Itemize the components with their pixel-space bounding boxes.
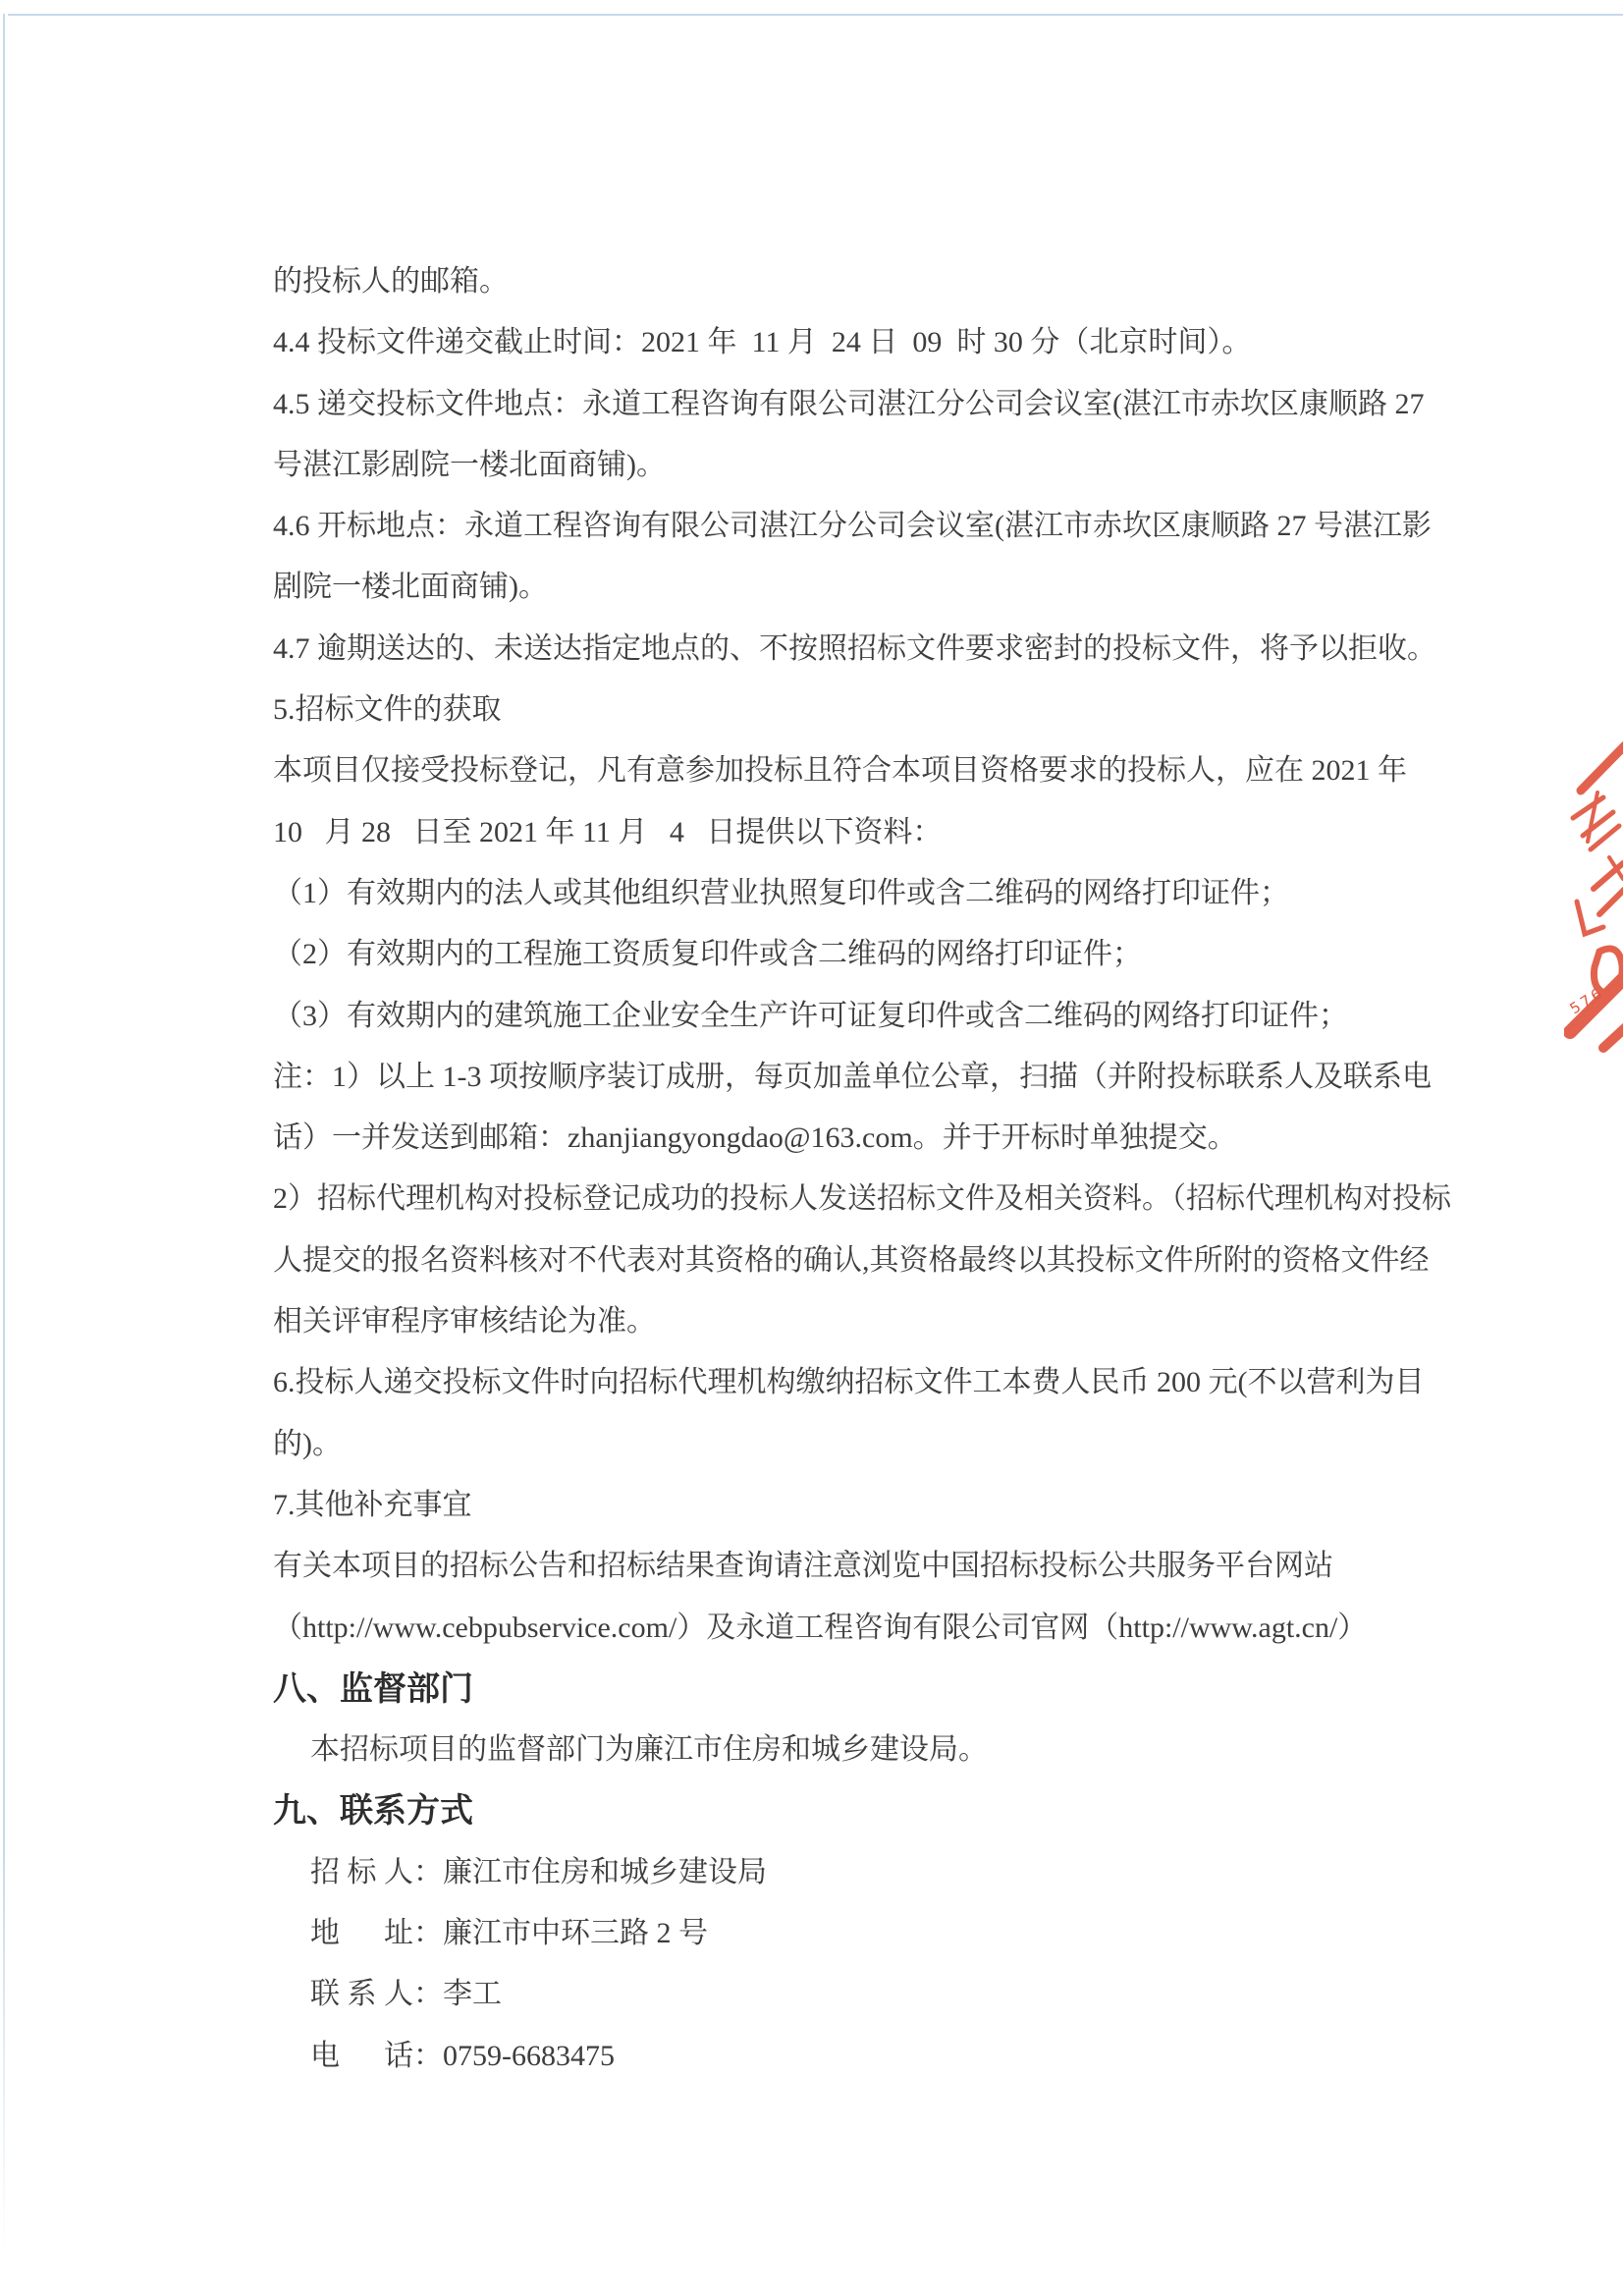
text-line: 的投标人的邮箱。	[273, 251, 1443, 312]
text-line: 7.其他补充事宜	[273, 1475, 1443, 1536]
text-line: 注：1）以上 1-3 项按顺序装订成册，每页加盖单位公章，扫描（并附投标联系人及…	[273, 1047, 1443, 1108]
text-line: 6.投标人递交投标文件时向招标代理机构缴纳招标文件工本费人民币 200 元(不以…	[273, 1352, 1443, 1413]
text-line: 的)。	[273, 1414, 1443, 1475]
scan-border-left	[3, 14, 5, 2253]
text-line: 本项目仅接受投标登记，凡有意参加投标且符合本项目资格要求的投标人，应在 2021…	[273, 740, 1443, 801]
section-heading: 八、监督部门	[273, 1659, 1443, 1720]
text-line: （3）有效期内的建筑施工企业安全生产许可证复印件或含二维码的网络打印证件；	[273, 986, 1443, 1047]
text-line: 2）招标代理机构对投标登记成功的投标人发送招标文件及相关资料。（招标代理机构对投…	[273, 1169, 1443, 1230]
text-line: （2）有效期内的工程施工资质复印件或含二维码的网络打印证件；	[273, 924, 1443, 985]
section-heading: 九、联系方式	[273, 1780, 1443, 1841]
text-line: 4.4 投标文件递交截止时间：2021 年 11 月 24 日 09 时 30 …	[273, 312, 1443, 373]
text-line: 人提交的报名资料核对不代表对其资格的确认,其资格最终以其投标文件所附的资格文件经	[273, 1230, 1443, 1291]
text-line: 4.7 逾期送达的、未送达指定地点的、不按照招标文件要求密封的投标文件，将予以拒…	[273, 619, 1443, 680]
text-line: （1）有效期内的法人或其他组织营业执照复印件或含二维码的网络打印证件；	[273, 863, 1443, 924]
text-line: 地 址：廉江市中环三路 2 号	[273, 1903, 1443, 1964]
red-stamp-fragment-icon: 576	[1564, 741, 1623, 1075]
text-line: 联 系 人：李工	[273, 1964, 1443, 2025]
scan-border-top	[8, 14, 1623, 16]
text-line: 4.6 开标地点：永道工程咨询有限公司湛江分公司会议室(湛江市赤坎区康顺路 27…	[273, 496, 1443, 557]
text-line: 5.招标文件的获取	[273, 680, 1443, 740]
text-line: 10 月 28 日至 2021 年 11 月 4 日提供以下资料：	[273, 802, 1443, 863]
document-lines: 的投标人的邮箱。4.4 投标文件递交截止时间：2021 年 11 月 24 日 …	[273, 251, 1443, 2087]
text-line: （http://www.cebpubservice.com/）及永道工程咨询有限…	[273, 1598, 1443, 1659]
text-line: 号湛江影剧院一楼北面商铺)。	[273, 435, 1443, 496]
text-line: 相关评审程序审核结论为准。	[273, 1291, 1443, 1352]
text-line: 有关本项目的招标公告和招标结果查询请注意浏览中国招标投标公共服务平台网站	[273, 1536, 1443, 1597]
text-line: 话）一并发送到邮箱：zhanjiangyongdao@163.com。并于开标时…	[273, 1108, 1443, 1169]
text-line: 剧院一楼北面商铺)。	[273, 557, 1443, 618]
text-line: 4.5 递交投标文件地点：永道工程咨询有限公司湛江分公司会议室(湛江市赤坎区康顺…	[273, 374, 1443, 435]
text-line: 招 标 人：廉江市住房和城乡建设局	[273, 1842, 1443, 1903]
text-line: 电 话：0759-6683475	[273, 2026, 1443, 2087]
text-line: 本招标项目的监督部门为廉江市住房和城乡建设局。	[273, 1720, 1443, 1780]
scanned-document-page: 的投标人的邮箱。4.4 投标文件递交截止时间：2021 年 11 月 24 日 …	[0, 0, 1623, 2296]
